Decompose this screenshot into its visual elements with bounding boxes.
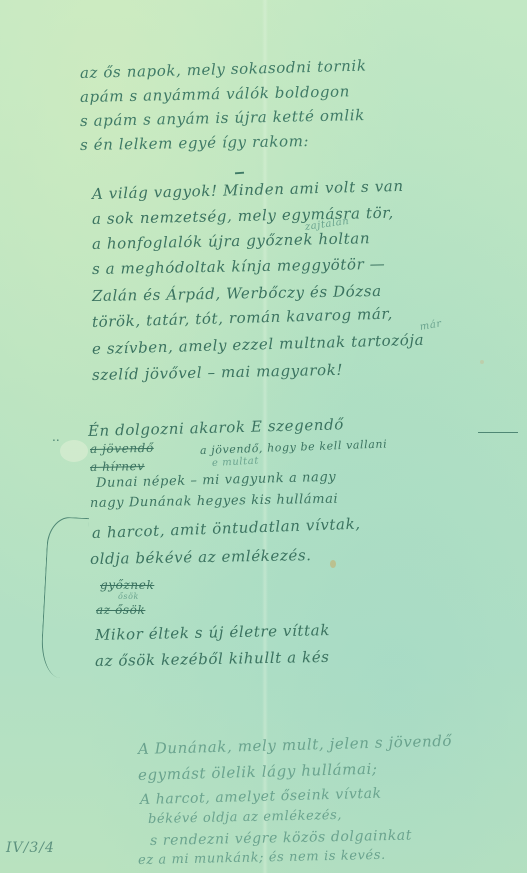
- draft-line: a hírnev: [90, 459, 145, 474]
- struck-text: győznek: [100, 578, 154, 592]
- paper-stain: [60, 440, 88, 462]
- struck-text: az ősök: [96, 603, 145, 617]
- archive-mark: IV/3/4: [6, 840, 55, 856]
- interlinear-insert: ősök: [118, 592, 139, 601]
- leading-dots: ..: [52, 430, 60, 444]
- struck-text: a jövendő: [90, 441, 154, 456]
- paper-stain: [330, 560, 336, 568]
- margin-bracket: [40, 516, 89, 679]
- paper-stain: [480, 360, 484, 364]
- struck-text: a hírnev: [90, 459, 145, 474]
- draft-line: a jövendő: [90, 441, 154, 456]
- draft-dash-mark: [478, 432, 518, 433]
